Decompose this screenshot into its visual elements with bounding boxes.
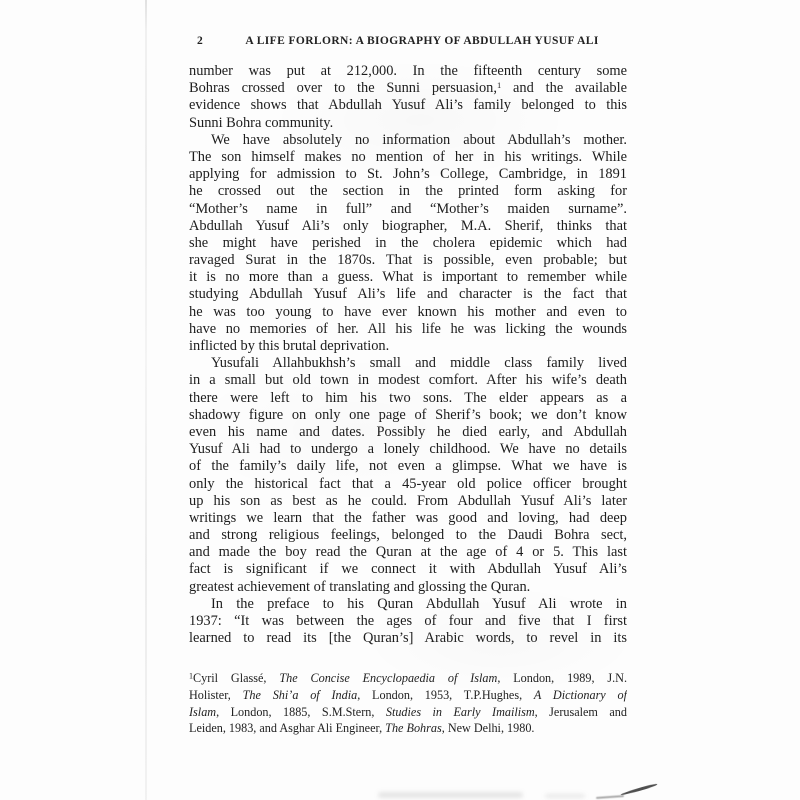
scan-artifact-mark [596,795,624,799]
book-page: 2 A LIFE FORLORN: A BIOGRAPHY OF ABDULLA… [0,0,800,800]
body-line: ravaged Surat in the 1870s. That is poss… [189,252,627,269]
text-segment: ravaged Surat in the 1870s. That is poss… [189,252,627,268]
paragraph: We have absolutely no information about … [189,132,627,355]
text-segment: Sunni Bohra community. [189,115,333,131]
scan-artifact-mark [620,783,657,796]
text-segment: We have absolutely no information about … [211,132,627,148]
italic-text: Islam [189,705,216,719]
body-line: writings we learn that the father was go… [189,510,627,527]
text-segment: 1937: “It was between the ages of four a… [189,613,627,629]
text-segment: and strong religious feelings, belonged … [189,527,627,543]
text-segment: Leiden, 1983, and Asghar Ali Engineer, [189,721,385,735]
text-segment: there were left to him his two sons. The… [189,390,627,406]
body-line: 1937: “It was between the ages of four a… [189,613,627,630]
footnote-line: Holister, The Shi’a of India, London, 19… [189,687,627,704]
footnote-line: 1Cyril Glassé, The Concise Encyclopaedia… [189,670,627,687]
body-line: and made the boy read the Quran at the a… [189,544,627,561]
text-segment: it is no more than a guess. What is impo… [189,269,627,285]
text-segment: Holister, [189,688,243,702]
text-segment: greatest achievement of translating and … [189,579,530,595]
body-line: studying Abdullah Yusuf Ali’s life and c… [189,286,627,303]
italic-text: The Bohras [385,721,442,735]
text-segment: and the available [501,80,627,96]
body-line: he was too young to have ever known his … [189,304,627,321]
body-line: inflicted by this brutal deprivation. [189,338,627,355]
text-segment: , London, 1953, T.P.Hughes, [357,688,534,702]
text-segment: , Jerusalem and [535,705,627,719]
body-line: and strong religious feelings, belonged … [189,527,627,544]
body-line: evidence shows that Abdullah Yusuf Ali’s… [189,97,627,114]
text-segment: writings we learn that the father was go… [189,510,627,526]
body-line: even his name and dates. Possibly he die… [189,424,627,441]
body-line: of the family’s daily life, not even a g… [189,458,627,475]
body-line: We have absolutely no information about … [189,132,627,149]
text-segment: in a small but old town in modest comfor… [189,372,627,388]
scan-artifact-smudge [378,792,523,798]
text-segment: “Mother’s name in full” and “Mother’s ma… [189,201,627,217]
body-line: she might have perished in the cholera e… [189,235,627,252]
text-segment: number was put at 212,000. In the fiftee… [189,63,627,79]
scan-artifact-smudge [545,794,585,798]
text-segment: Abdullah Yusuf Ali’s only biographer, M.… [189,218,627,234]
body-line: Abdullah Yusuf Ali’s only biographer, M.… [189,218,627,235]
body-line: have no memories of her. All his life he… [189,321,627,338]
body-line: In the preface to his Quran Abdullah Yus… [189,596,627,613]
body-line: up his son as best as he could. From Abd… [189,493,627,510]
text-segment: he was too young to have ever known his … [189,304,627,320]
text-segment: learned to read its [the Quran’s] Arabic… [189,630,627,646]
text-segment: applying for admission to St. John’s Col… [189,166,627,182]
body-line: it is no more than a guess. What is impo… [189,269,627,286]
text-segment: inflicted by this brutal deprivation. [189,338,389,354]
body-line: Yusuf Ali had to undergo a lonely childh… [189,441,627,458]
text-segment: The son himself makes no mention of her … [189,149,627,165]
text-segment: and made the boy read the Quran at the a… [189,544,627,560]
text-segment: shadowy figure on only one page of Sheri… [189,407,627,423]
text-segment: , London, 1885, S.M.Stern, [216,705,386,719]
paragraph: In the preface to his Quran Abdullah Yus… [189,596,627,648]
italic-text: The Shi’a of India [243,688,358,702]
paragraph: Yusufali Allahbukhsh’s small and middle … [189,355,627,596]
page-edge-shadow [145,0,147,800]
text-segment: studying Abdullah Yusuf Ali’s life and c… [189,286,627,302]
body-line: applying for admission to St. John’s Col… [189,166,627,183]
footnote-line: Leiden, 1983, and Asghar Ali Engineer, T… [189,720,627,737]
body-line: in a small but old town in modest comfor… [189,372,627,389]
text-segment: Yusufali Allahbukhsh’s small and middle … [211,355,627,371]
text-segment: up his son as best as he could. From Abd… [189,493,627,509]
footnote-line: Islam, London, 1885, S.M.Stern, Studies … [189,704,627,721]
text-segment: Bohras crossed over to the Sunni persuas… [189,80,497,96]
page-content: 2 A LIFE FORLORN: A BIOGRAPHY OF ABDULLA… [189,34,627,737]
text-segment: she might have perished in the cholera e… [189,235,627,251]
body-line: learned to read its [the Quran’s] Arabic… [189,630,627,647]
running-title: A LIFE FORLORN: A BIOGRAPHY OF ABDULLAH … [203,34,627,48]
text-segment: even his name and dates. Possibly he die… [189,424,627,440]
body-text: number was put at 212,000. In the fiftee… [189,63,627,647]
text-segment: of the family’s daily life, not even a g… [189,458,627,474]
text-segment: , New Delhi, 1980. [442,721,535,735]
body-line: Yusufali Allahbukhsh’s small and middle … [189,355,627,372]
text-segment: Cyril Glassé, [193,671,279,685]
body-line: greatest achievement of translating and … [189,579,627,596]
body-line: “Mother’s name in full” and “Mother’s ma… [189,201,627,218]
italic-text: Studies in Early Imailism [386,705,535,719]
text-segment: he crossed out the section in the printe… [189,183,627,199]
running-header: 2 A LIFE FORLORN: A BIOGRAPHY OF ABDULLA… [189,34,627,48]
body-line: fact is significant if we connect it wit… [189,561,627,578]
body-line: only the historical fact that a 45-year … [189,476,627,493]
text-segment: fact is significant if we connect it wit… [189,561,627,577]
text-segment: Yusuf Ali had to undergo a lonely childh… [189,441,627,457]
body-line: there were left to him his two sons. The… [189,390,627,407]
body-line: he crossed out the section in the printe… [189,183,627,200]
body-line: The son himself makes no mention of her … [189,149,627,166]
body-line: number was put at 212,000. In the fiftee… [189,63,627,80]
footnote: 1Cyril Glassé, The Concise Encyclopaedia… [189,670,627,736]
text-segment: have no memories of her. All his life he… [189,321,627,337]
text-segment: In the preface to his Quran Abdullah Yus… [211,596,627,612]
text-segment: evidence shows that Abdullah Yusuf Ali’s… [189,97,627,113]
text-segment: , London, 1989, J.N. [497,671,627,685]
italic-text: A Dictionary of [534,688,627,702]
paragraph: number was put at 212,000. In the fiftee… [189,63,627,132]
italic-text: The Concise Encyclopaedia of Islam [279,671,497,685]
text-segment: only the historical fact that a 45-year … [189,476,627,492]
body-line: shadowy figure on only one page of Sheri… [189,407,627,424]
body-line: Bohras crossed over to the Sunni persuas… [189,80,627,97]
body-line: Sunni Bohra community. [189,115,627,132]
